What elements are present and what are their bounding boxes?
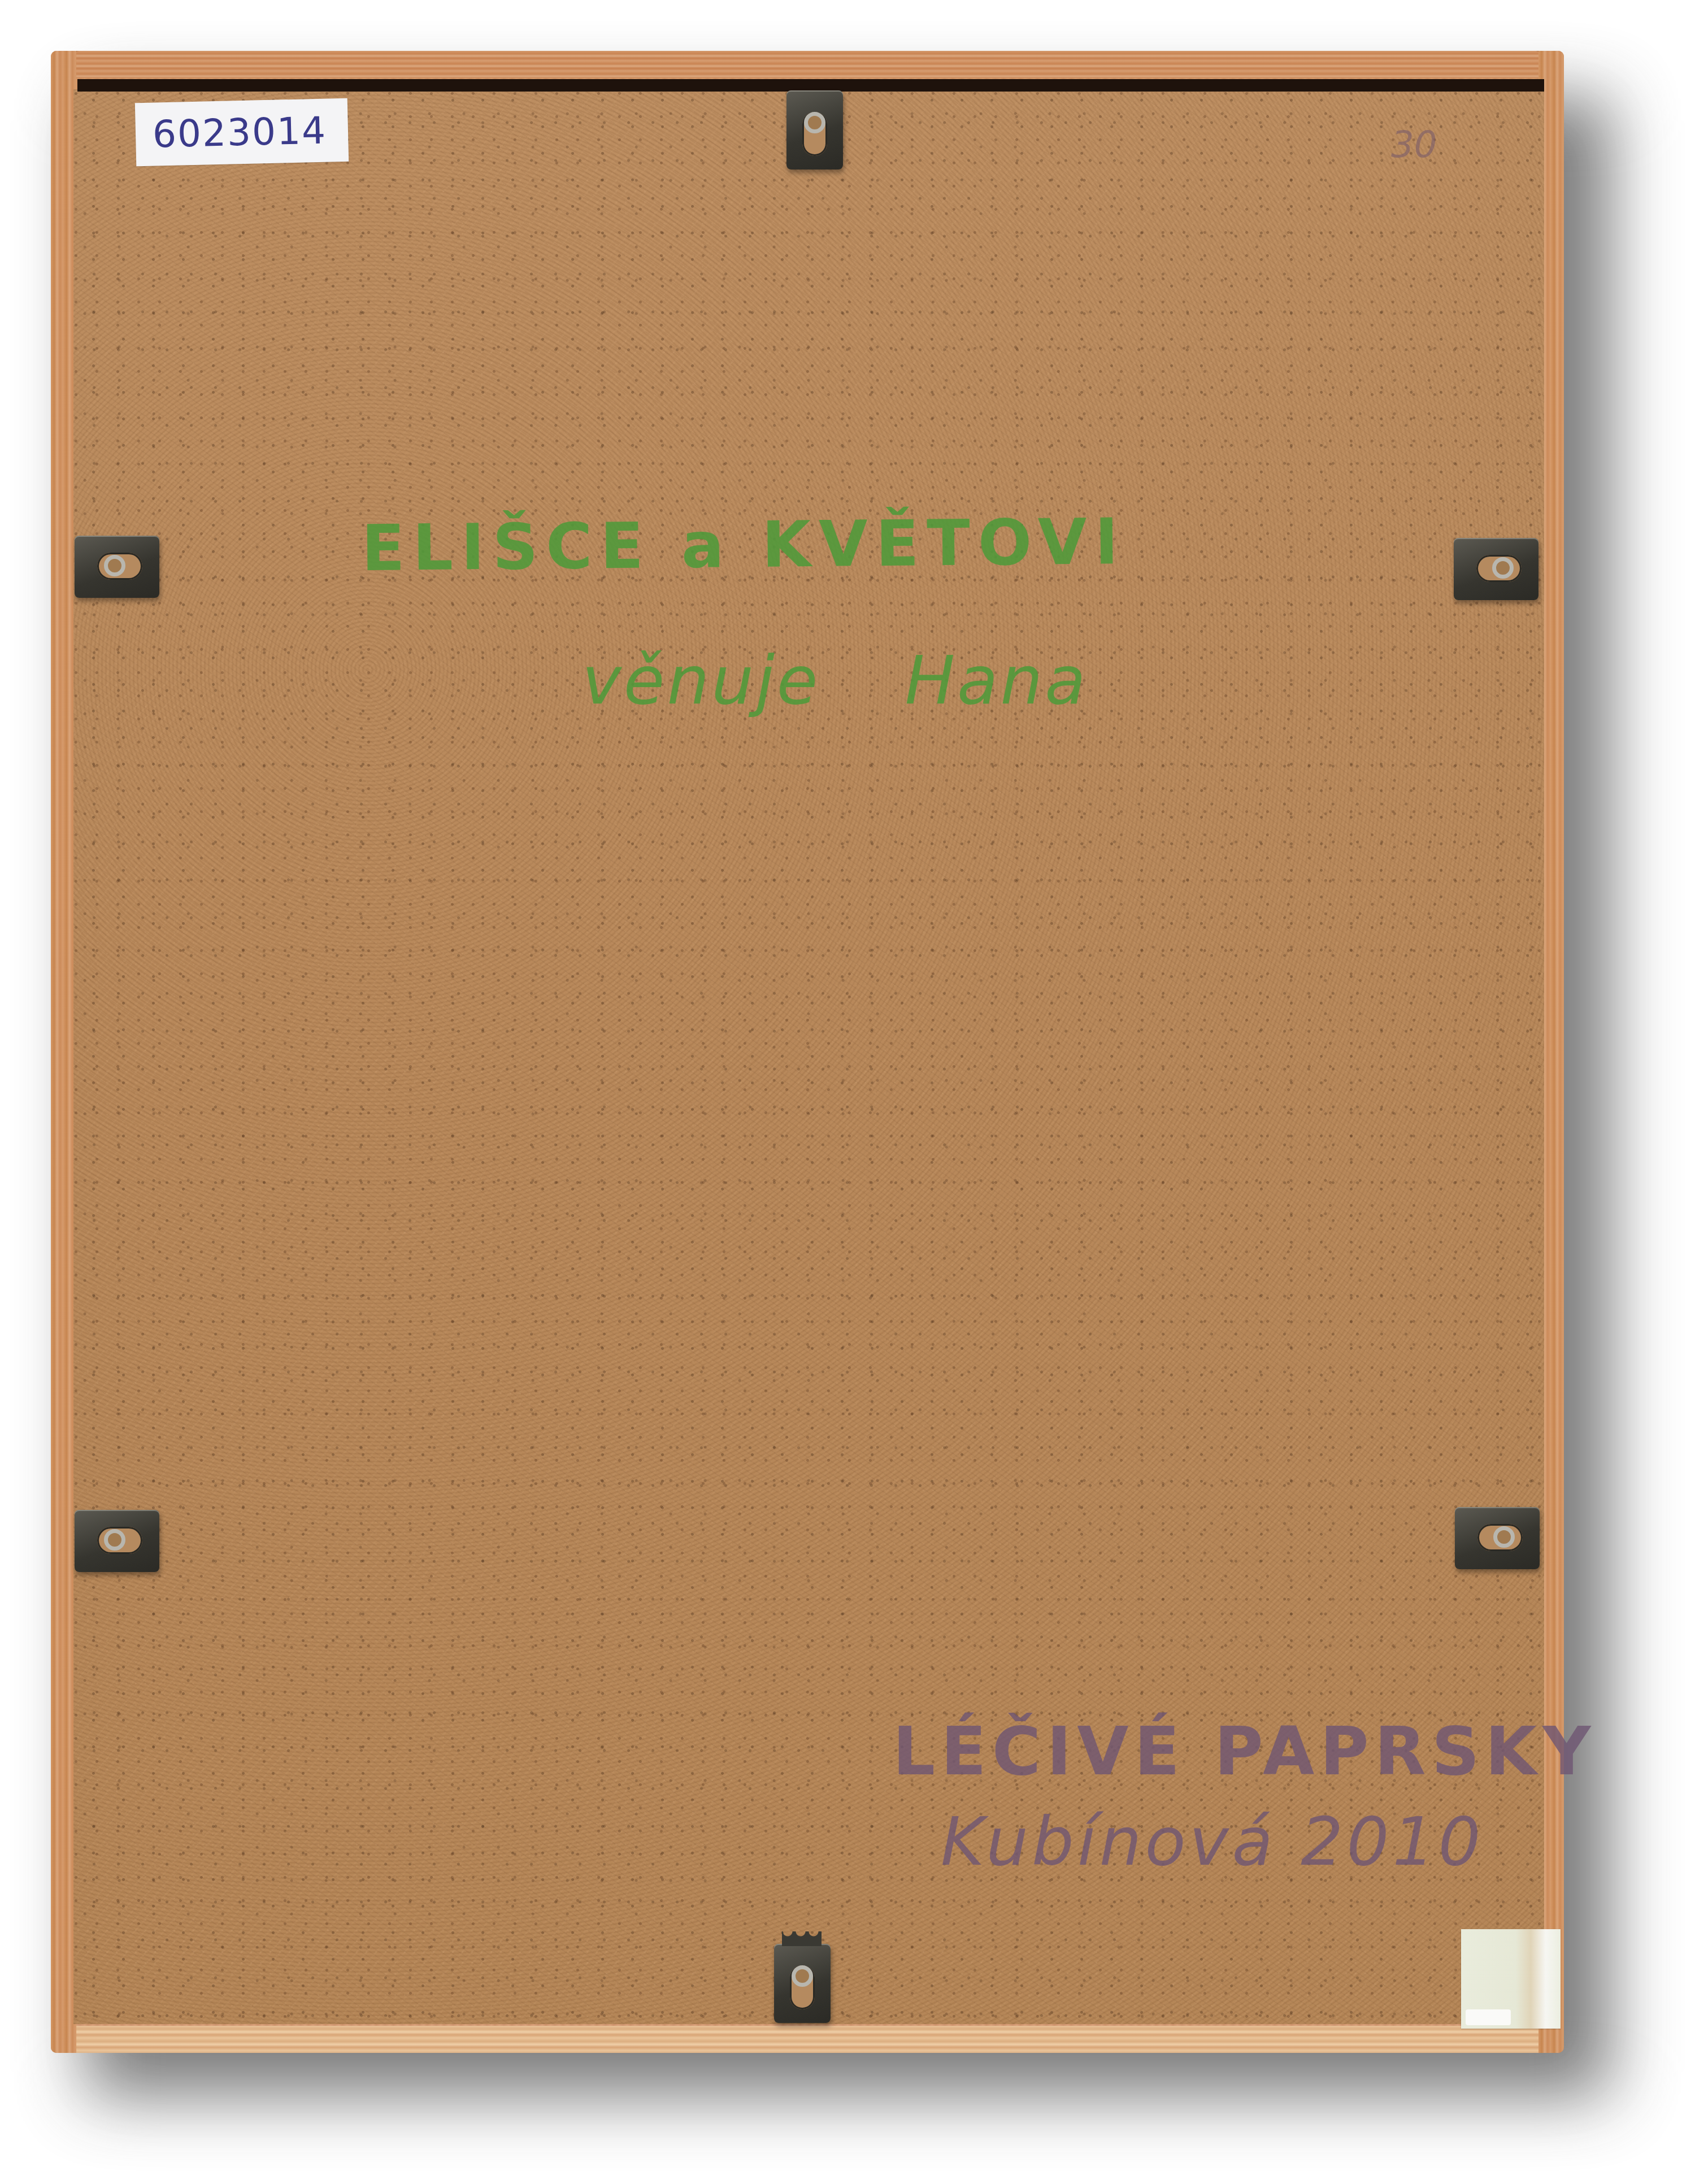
frame-gap [77, 79, 1544, 92]
artist-signature: Kubínová 2010 [941, 1803, 1484, 1881]
paper-tape-tab [1461, 1929, 1561, 2029]
corner-pencil-mark: 30 [1391, 124, 1437, 166]
metal-clip-icon [1455, 1507, 1540, 1569]
metal-clip-icon [75, 536, 159, 598]
artwork-title: LÉČIVÉ PAPRSKY [893, 1712, 1597, 1790]
metal-clip-icon [774, 1944, 831, 2023]
frame-top-rail [73, 51, 1541, 78]
inventory-number: 6023014 [152, 108, 327, 156]
metal-clip-icon [1454, 538, 1538, 600]
dedication-signature: Hana [905, 641, 1088, 719]
metal-clip-icon [75, 1510, 159, 1572]
dedication-line-1: ELIŠCE a KVĚTOVI [361, 505, 1126, 585]
inventory-label: 6023014 [135, 98, 349, 167]
dedication-line-2: věnujeHana [582, 641, 1088, 719]
dedication-verb: věnuje [582, 641, 820, 719]
frame-bottom-rail [73, 2026, 1541, 2053]
frame-left-rail [51, 51, 76, 2053]
metal-clip-icon [786, 90, 843, 170]
